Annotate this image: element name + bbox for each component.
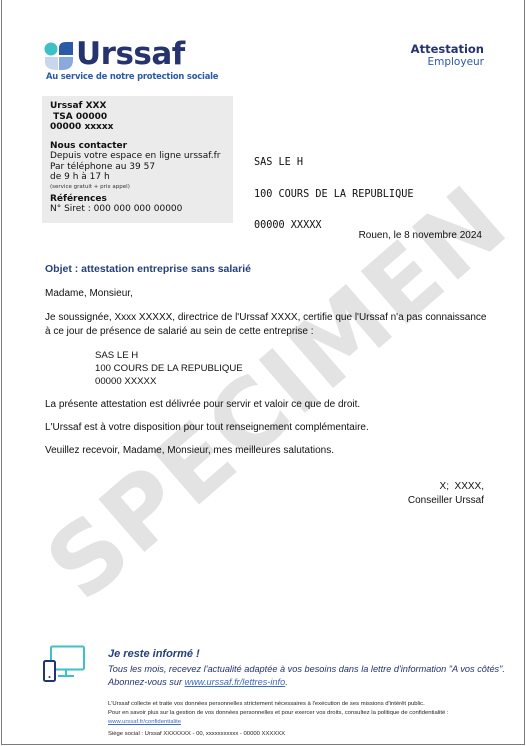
document-type-title: Attestation xyxy=(411,42,484,56)
document-type-subtitle: Employeur xyxy=(411,56,484,68)
sender-org-line: TSA 00000 xyxy=(50,112,220,123)
contact-line: Depuis votre espace en ligne urssaf.fr xyxy=(50,151,220,162)
paragraph-certification: Je soussignée, Xxxx XXXXX, directrice de… xyxy=(45,311,490,339)
company-line: SAS LE H xyxy=(95,349,243,362)
newsletter-section: Je reste informé ! Tous les mois, receve… xyxy=(108,648,508,689)
paragraph-validity: La présente attestation est délivrée pou… xyxy=(45,398,490,412)
salutation: Madame, Monsieur, xyxy=(45,287,490,301)
subject-line: Objet : attestation entreprise sans sala… xyxy=(45,263,251,275)
newsletter-title: Je reste informé ! xyxy=(108,648,508,660)
sender-info-box: Urssaf XXX TSA 00000 00000 xxxxx Nous co… xyxy=(42,96,233,223)
attestation-page: SPECIMEN Urssaf Au service de notre prot… xyxy=(1,0,525,745)
contact-note: (service gratuit + prix appel) xyxy=(50,183,220,191)
logo-wordmark: Urssaf xyxy=(76,36,185,72)
contact-line: Par téléphone au 39 57 xyxy=(50,162,220,173)
references-heading: Références xyxy=(50,194,220,205)
company-line: 00000 XXXXX xyxy=(95,375,243,388)
contact-heading: Nous contacter xyxy=(50,141,220,152)
date-line: Rouen, le 8 novembre 2024 xyxy=(359,230,482,241)
urssaf-logo-mark-icon xyxy=(44,42,74,70)
document-type: Attestation Employeur xyxy=(411,42,484,68)
devices-icon xyxy=(42,645,86,683)
signatory-title: Conseiller Urssaf xyxy=(408,494,484,508)
recipient-line: SAS LE H xyxy=(254,158,413,169)
signature-block: X; XXXX, Conseiller Urssaf xyxy=(408,480,484,508)
newsletter-text: Tous les mois, recevez l'actualité adapt… xyxy=(108,663,508,689)
recipient-line: 100 COURS DE LA REPUBLIQUE xyxy=(254,190,413,201)
head-office-line: Siège social : Urssaf XXXXXXX - 00, xxxx… xyxy=(108,730,508,739)
company-line: 100 COURS DE LA REPUBLIQUE xyxy=(95,362,243,375)
legal-notice: L'Urssaf collecte et traite vos données … xyxy=(108,700,508,739)
logo-tagline: Au service de notre protection sociale xyxy=(46,71,218,81)
newsletter-link[interactable]: www.urssaf.fr/lettres-info xyxy=(185,677,286,687)
legal-line: L'Urssaf collecte et traite vos données … xyxy=(108,700,508,709)
siret-number: N° Siret : 000 000 000 00000 xyxy=(50,204,220,215)
company-address-block: SAS LE H 100 COURS DE LA REPUBLIQUE 0000… xyxy=(95,349,243,388)
signatory-name: X; XXXX, xyxy=(408,480,484,494)
sender-org-line: 00000 xxxxx xyxy=(50,122,220,133)
sender-org-line: Urssaf XXX xyxy=(50,101,220,112)
contact-line: de 9 h à 17 h xyxy=(50,172,220,183)
paragraph-availability: L'Urssaf est à votre disposition pour to… xyxy=(45,421,490,435)
closing-formula: Veuillez recevoir, Madame, Monsieur, mes… xyxy=(45,444,490,458)
legal-line: Pour en savoir plus sur la gestion de vo… xyxy=(108,709,508,718)
privacy-policy-link[interactable]: www.urssaf.fr/confidentialite xyxy=(108,719,181,725)
